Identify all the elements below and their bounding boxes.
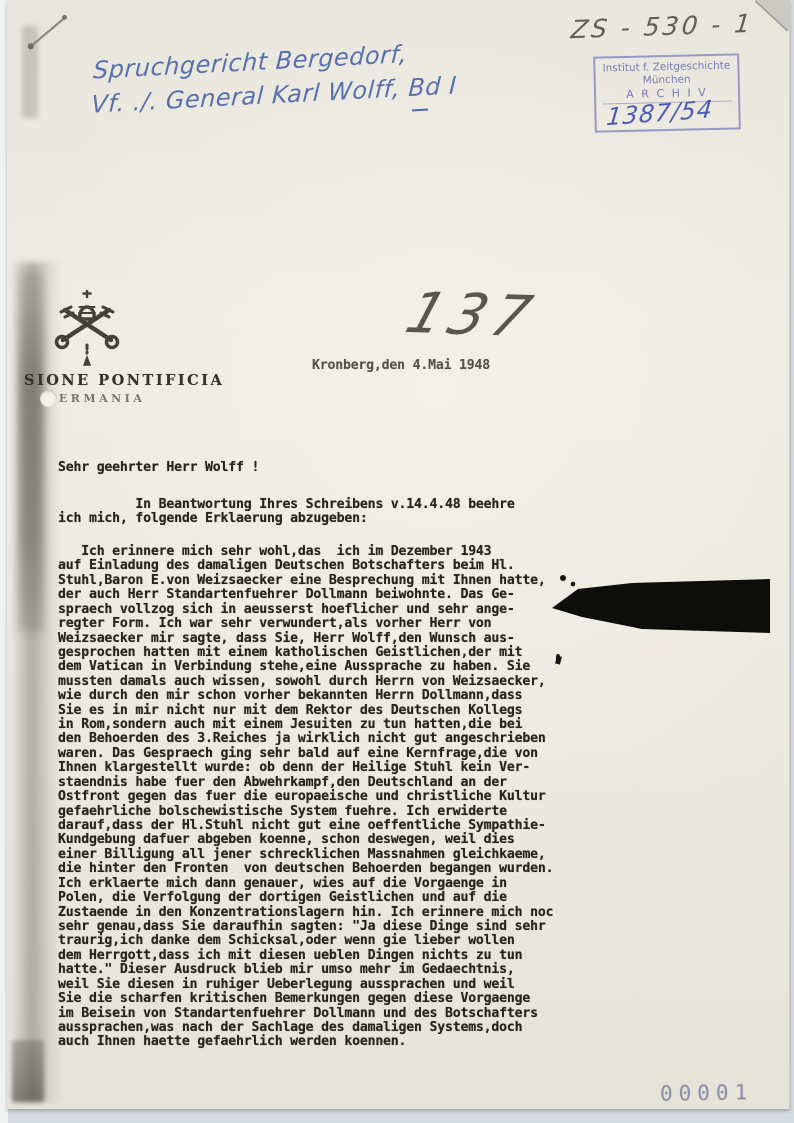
scan-shadow-foot (12, 1040, 44, 1102)
letter-body: Ich erinnere mich sehr wohl,das ich im D… (58, 545, 553, 1050)
letterhead-org-name: SIONE PONTIFICIA (24, 372, 224, 389)
papal-keys-emblem-icon (46, 289, 128, 373)
scanned-document: Spruchgericht Bergedorf, Vf. ./. General… (0, 0, 794, 1123)
letter-intro: In Beantwortung Ihres Schreibens v.14.4.… (58, 498, 515, 527)
letterhead-org-country: GERMANIA (46, 392, 145, 405)
letter-dateline: Kronberg,den 4.Mai 1948 (312, 359, 490, 373)
page-counter-stamp: 00001 (660, 1080, 754, 1106)
punch-hole (40, 390, 57, 407)
pencil-page-number: 137 (398, 281, 545, 350)
scan-shadow-core (18, 272, 44, 632)
ink-blot-artifact (550, 572, 792, 668)
letter-salutation: Sehr geehrter Herr Wolff ! (58, 461, 259, 475)
archive-stamp: Institut f. Zeitgeschichte München A R C… (593, 53, 741, 132)
ink-speck (556, 654, 560, 661)
